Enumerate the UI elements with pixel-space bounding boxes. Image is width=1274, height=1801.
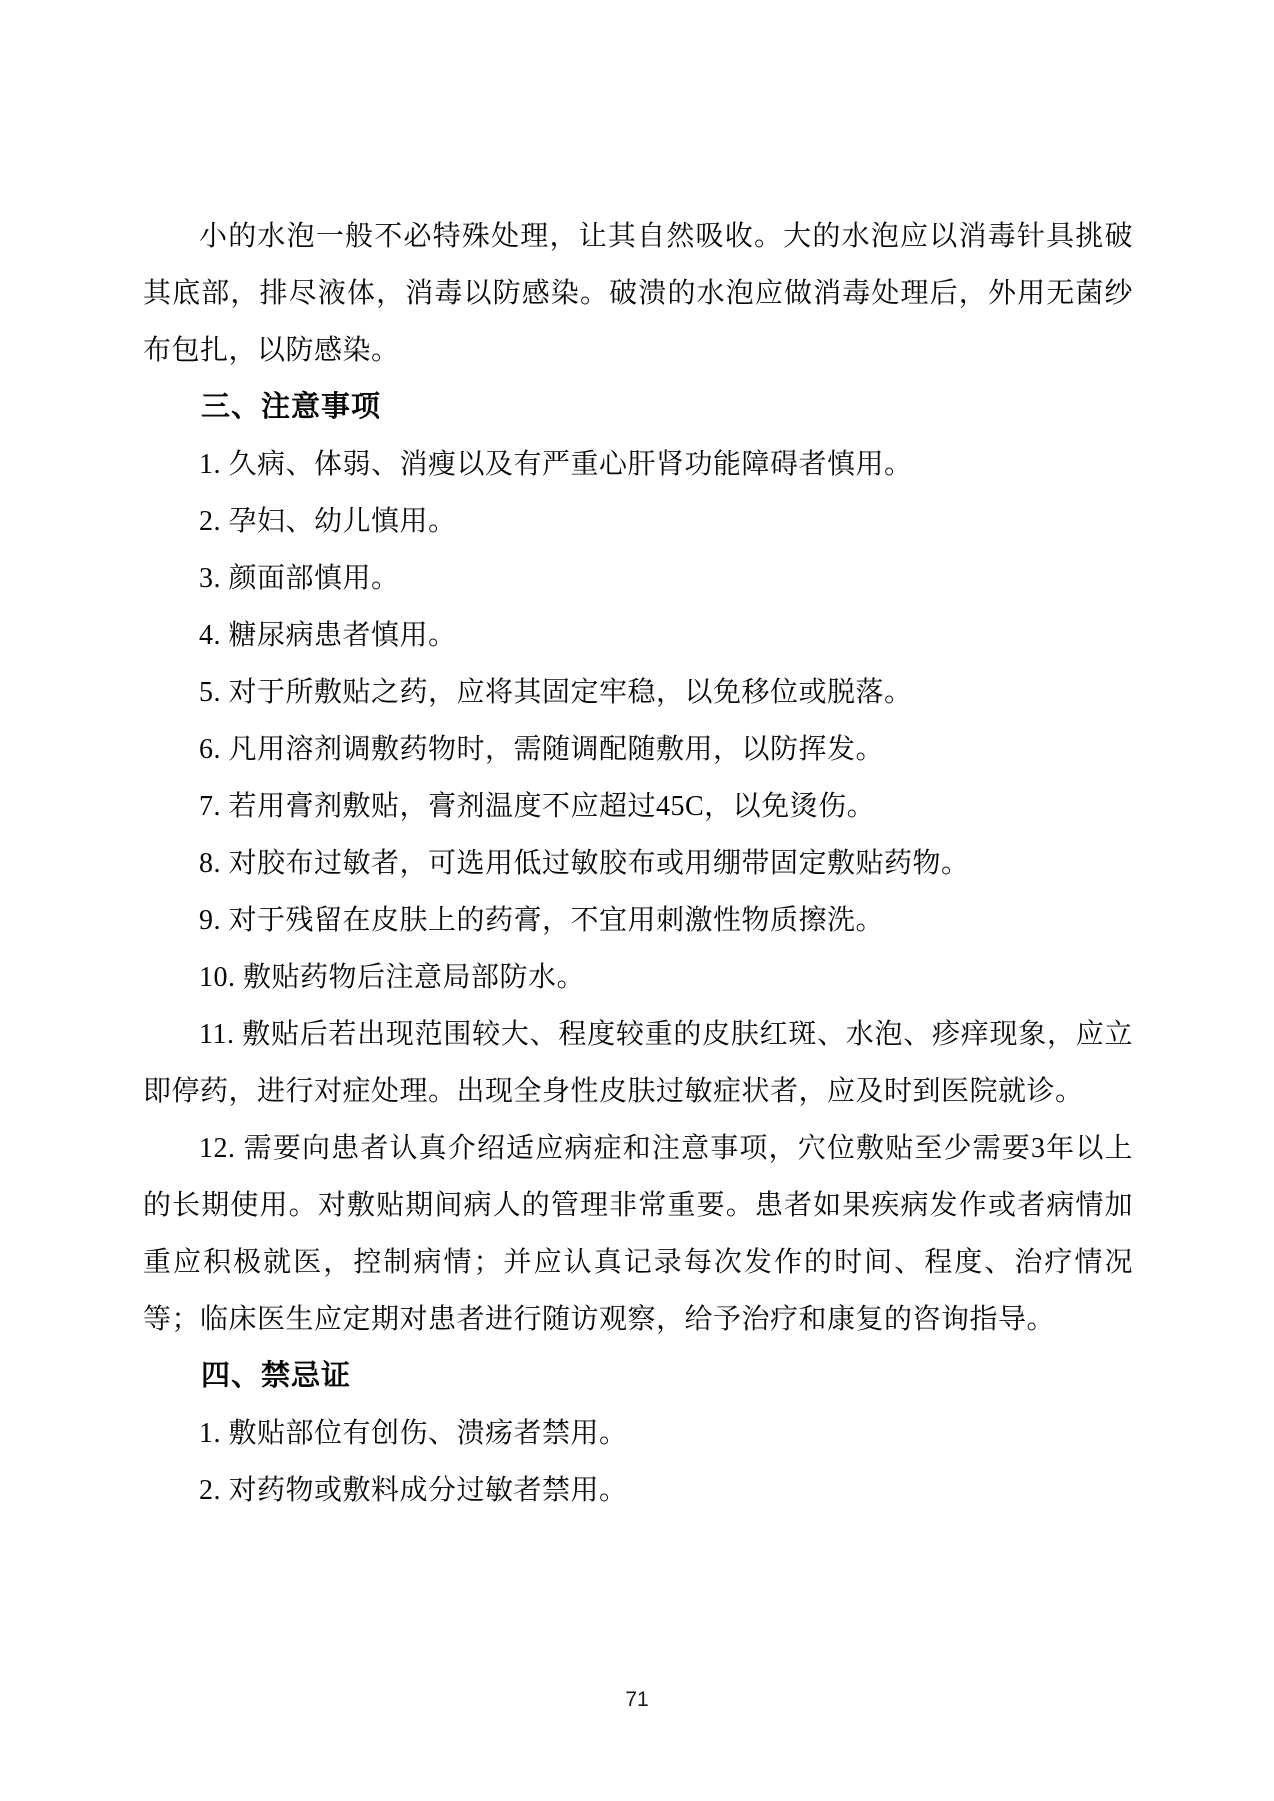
precaution-item-2: 2. 孕妇、幼儿慎用。 <box>143 493 1133 550</box>
contraindication-item-1: 1. 敷贴部位有创伤、溃疡者禁用。 <box>143 1405 1133 1462</box>
contraindication-item-2: 2. 对药物或敷料成分过敏者禁用。 <box>143 1462 1133 1519</box>
document-content: 小的水泡一般不必特殊处理，让其自然吸收。大的水泡应以消毒针具挑破其底部，排尽液体… <box>143 208 1133 1519</box>
precaution-item-1: 1. 久病、体弱、消瘦以及有严重心肝肾功能障碍者慎用。 <box>143 436 1133 493</box>
page-number: 71 <box>0 1686 1274 1714</box>
precaution-item-3: 3. 颜面部慎用。 <box>143 550 1133 607</box>
precaution-item-7: 7. 若用膏剂敷贴，膏剂温度不应超过45C，以免烫伤。 <box>143 778 1133 835</box>
document-page: 小的水泡一般不必特殊处理，让其自然吸收。大的水泡应以消毒针具挑破其底部，排尽液体… <box>0 0 1274 1801</box>
section-heading-precautions: 三、注意事项 <box>143 379 1133 436</box>
section-heading-contraindications: 四、禁忌证 <box>143 1348 1133 1405</box>
precaution-item-12: 12. 需要向患者认真介绍适应病症和注意事项，穴位敷贴至少需要3年以上的长期使用… <box>143 1120 1133 1348</box>
precaution-item-10: 10. 敷贴药物后注意局部防水。 <box>143 949 1133 1006</box>
precaution-item-6: 6. 凡用溶剂调敷药物时，需随调配随敷用，以防挥发。 <box>143 721 1133 778</box>
intro-paragraph: 小的水泡一般不必特殊处理，让其自然吸收。大的水泡应以消毒针具挑破其底部，排尽液体… <box>143 208 1133 379</box>
precaution-item-11: 11. 敷贴后若出现范围较大、程度较重的皮肤红斑、水泡、疹痒现象，应立即停药，进… <box>143 1006 1133 1120</box>
precaution-item-8: 8. 对胶布过敏者，可选用低过敏胶布或用绷带固定敷贴药物。 <box>143 835 1133 892</box>
precaution-item-5: 5. 对于所敷贴之药，应将其固定牢稳，以免移位或脱落。 <box>143 664 1133 721</box>
precaution-item-4: 4. 糖尿病患者慎用。 <box>143 607 1133 664</box>
precaution-item-9: 9. 对于残留在皮肤上的药膏，不宜用刺激性物质擦洗。 <box>143 892 1133 949</box>
